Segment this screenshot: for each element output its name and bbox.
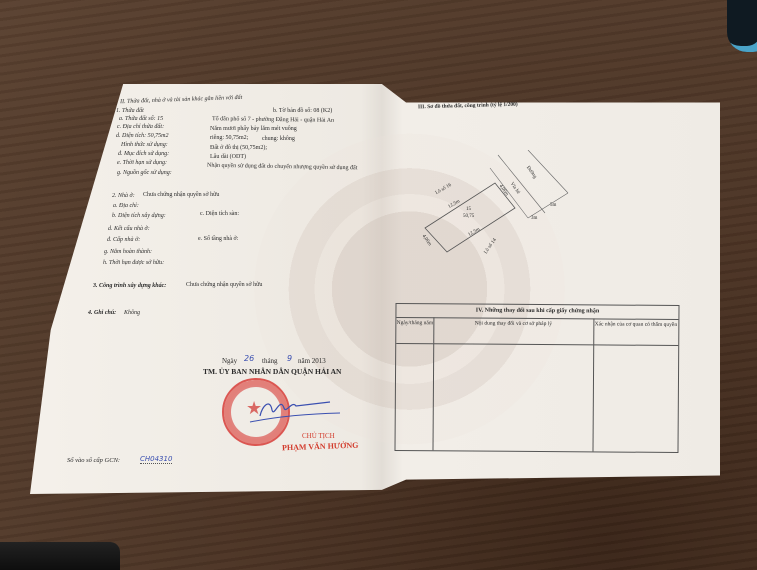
house-address: a. Địa chỉ: (113, 203, 139, 209)
floors: e. Số tầng nhà ở: (198, 236, 238, 242)
address-label: c. Địa chỉ thửa đất: (117, 124, 164, 130)
changes-table: IV. Những thay đổi sau khi cấp giấy chứn… (394, 303, 679, 453)
house-heading: 2. Nhà ở: (112, 193, 135, 199)
parcel-number: 15 (466, 207, 471, 212)
build-area: b. Diện tích xây dựng: (112, 213, 166, 219)
issuer: TM. ỦY BAN NHÂN DÂN QUẬN HẢI AN (203, 368, 341, 376)
registry-value: CH04310 (140, 456, 172, 464)
usage-shared: chung: không (262, 136, 295, 142)
date-year: năm 2013 (298, 358, 326, 365)
handwritten-signature (240, 388, 350, 428)
structure: d. Kết cấu nhà ở: (108, 226, 150, 232)
road-width: 5m (550, 203, 556, 208)
sidewalk-width: 3m (531, 216, 537, 221)
completed: g. Năm hoàn thành: (104, 249, 152, 255)
house-heading-value: Chưa chứng nhận quyền sở hữu (143, 192, 219, 198)
usage-private: riêng: 50,75m2; (210, 135, 248, 141)
term-value: Lâu dài (ODT) (210, 154, 246, 160)
parcel-no: a. Thửa đất số: 15 (119, 116, 163, 122)
map-sheet: b. Tờ bản đồ số: 08 (K2) (273, 108, 332, 114)
plot-diagram: Lô số 16 12,5m 15 50,75 4,06m 12,5m 4,06… (410, 150, 590, 270)
signer-title: CHỦ TỊCH (302, 433, 335, 440)
area-label: d. Diện tích: 50,75m2 (116, 133, 169, 139)
col-divider (592, 318, 594, 451)
house-grade: đ. Cấp nhà ở: (107, 237, 140, 243)
other-works-label: 3. Công trình xây dựng khác: (93, 283, 166, 289)
notes-label: 4. Ghi chú: (88, 310, 116, 316)
land-heading: 1. Thửa đất (116, 108, 144, 114)
date-month-label: tháng (262, 358, 278, 365)
registry-label: Số vào sổ cấp GCN: (67, 458, 120, 465)
date-prefix: Ngày (222, 358, 237, 365)
notes-value: Không (124, 310, 140, 316)
parcel-area: 50,75 (463, 214, 474, 219)
floor-area: c. Diện tích sàn: (200, 211, 239, 217)
origin-label: g. Nguồn gốc sử dụng: (117, 170, 172, 176)
col-header-confirmation: Xác nhận của cơ quan có thẩm quyền (593, 318, 678, 346)
ownership-term: h. Thời hạn được sở hữu: (103, 260, 164, 266)
purpose-value: Đất ở đô thị (50,75m2); (210, 145, 267, 151)
purpose-label: đ. Mục đích sử dụng: (118, 151, 169, 157)
date-month: 9 (287, 355, 292, 363)
pen-object (0, 542, 120, 570)
other-works-value: Chưa chứng nhận quyền sở hữu (186, 282, 262, 288)
date-day: 26 (244, 355, 254, 363)
cup-object (727, 0, 757, 52)
col-header-date: Ngày/tháng năm (396, 317, 433, 344)
col-header-content: Nội dung thay đổi và cơ sở pháp lý (433, 317, 593, 345)
col-divider (432, 317, 434, 450)
term-label: e. Thời hạn sử dụng: (117, 160, 167, 166)
area-words: Năm mươi phẩy bảy lăm mét vuông (210, 126, 297, 132)
plot-sketch (410, 150, 590, 270)
usage-form-label: Hình thức sử dụng: (121, 142, 168, 148)
